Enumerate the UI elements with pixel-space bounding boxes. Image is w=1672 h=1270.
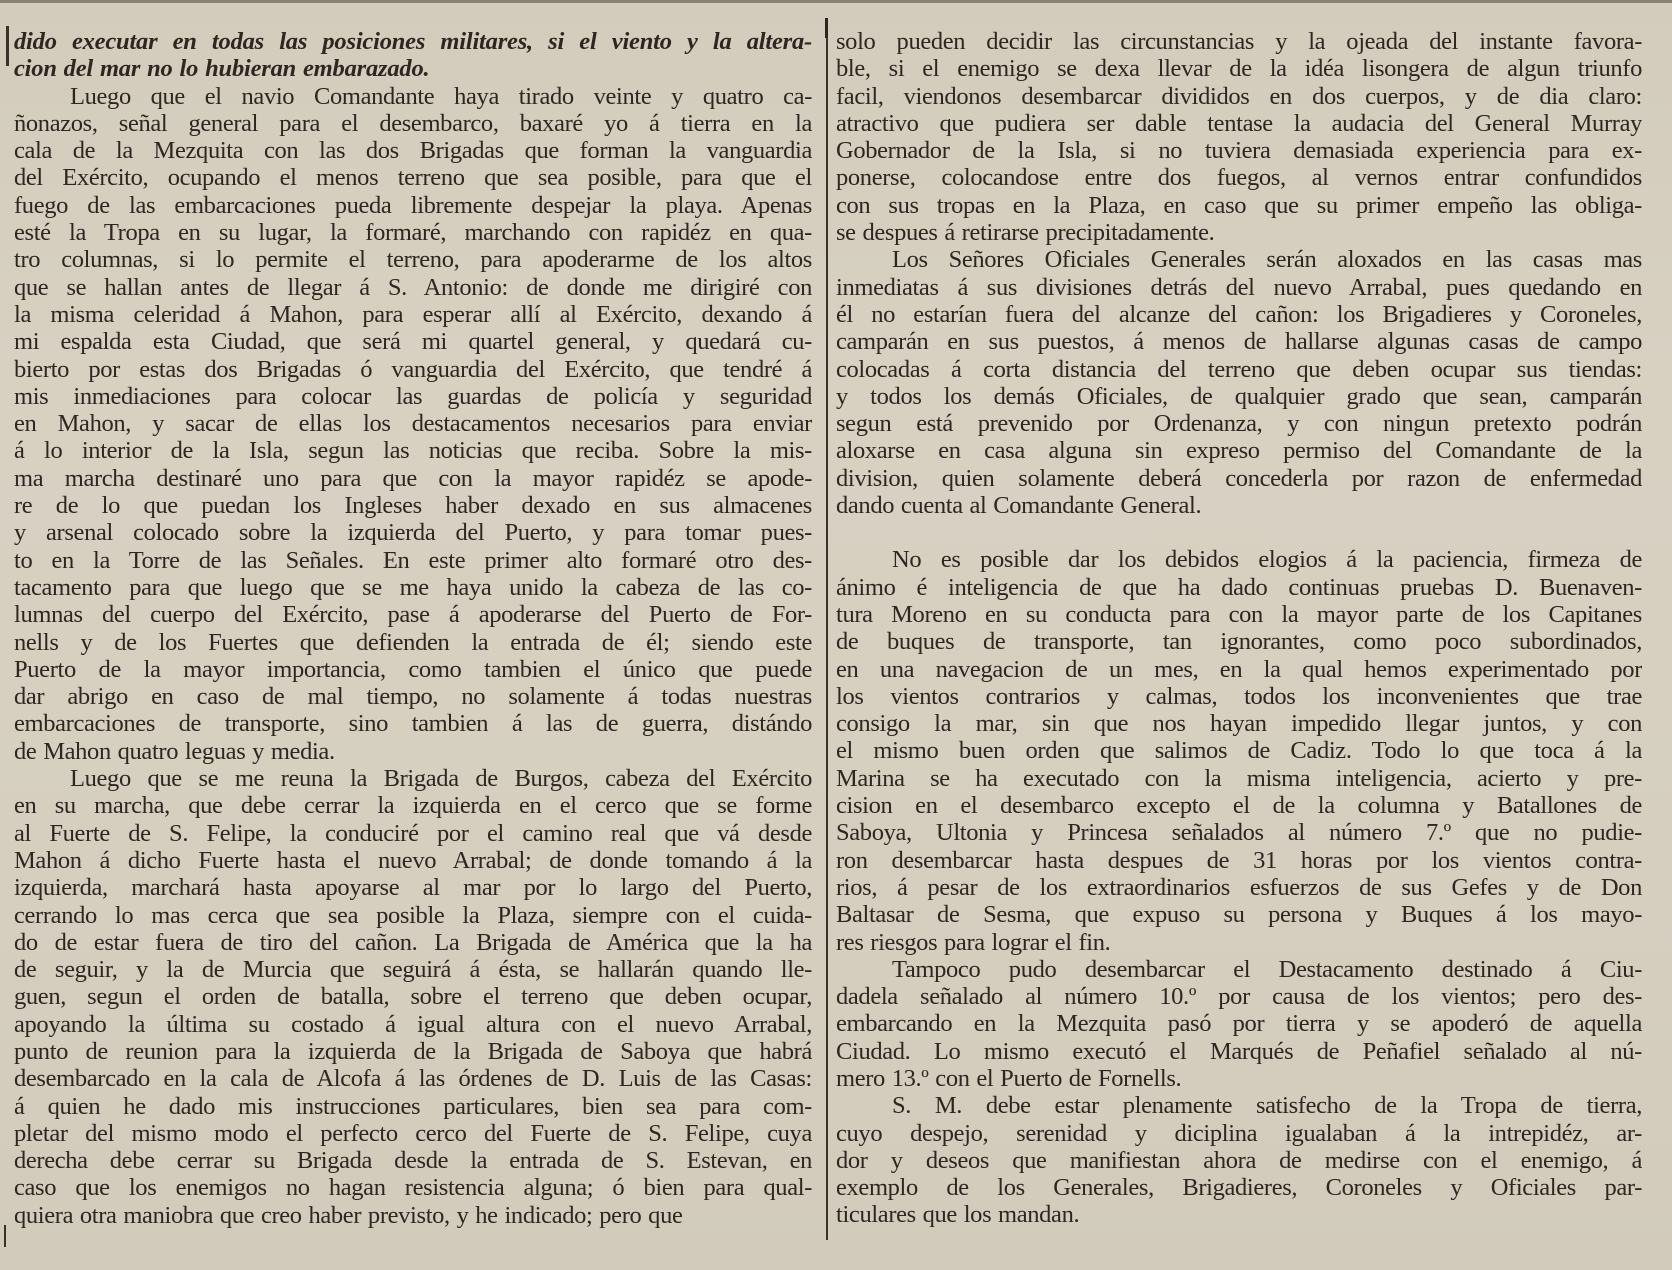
text-line: en Mahon, y sacar de ellas los destacame… bbox=[14, 410, 812, 437]
text-line: dor y deseos que manifiestan ahora de me… bbox=[836, 1147, 1642, 1174]
text-line: á lo interior de la Isla, segun las noti… bbox=[14, 437, 812, 464]
text-line: dido executar en todas las posiciones mi… bbox=[14, 28, 812, 55]
text-line: rios, á pesar de los extraordinarios esf… bbox=[836, 874, 1642, 901]
text-line: Baltasar de Sesma, que expuso su persona… bbox=[836, 901, 1642, 928]
text-line: Los Señores Oficiales Generales serán al… bbox=[836, 246, 1642, 273]
text-line: cision en el desembarco excepto el de la… bbox=[836, 792, 1642, 819]
text-line: camparán en sus puestos, á menos de hall… bbox=[836, 328, 1642, 355]
text-line: re de lo que puedan los Ingleses haber d… bbox=[14, 492, 812, 519]
text-line: bierto por estas dos Brigadas ó vanguard… bbox=[14, 356, 812, 383]
text-line: nells y de los Fuertes que defienden la … bbox=[14, 629, 812, 656]
text-line: No es posible dar los debidos elogios á … bbox=[836, 546, 1642, 573]
text-line: ma marcha destinaré uno para que con la … bbox=[14, 465, 812, 492]
text-line: Marina se ha executado con la misma inte… bbox=[836, 765, 1642, 792]
left-margin-rule bbox=[6, 26, 9, 66]
text-line: con sus tropas en la Plaza, en caso que … bbox=[836, 192, 1642, 219]
text-line: mi espalda esta Ciudad, que será mi quar… bbox=[14, 328, 812, 355]
text-line: aloxarse en casa alguna sin expreso perm… bbox=[836, 437, 1642, 464]
paragraph: No es posible dar los debidos elogios á … bbox=[836, 546, 1642, 955]
text-line: de Mahon quatro leguas y media. bbox=[14, 738, 812, 765]
paragraph: Luego que el navio Comandante haya tirad… bbox=[14, 83, 812, 765]
text-line: Saboya, Ultonia y Princesa señalados al … bbox=[836, 819, 1642, 846]
text-line: él no estarían fuera del alcanze del cañ… bbox=[836, 301, 1642, 328]
text-line: esté la Tropa en su lugar, la formaré, m… bbox=[14, 219, 812, 246]
text-line: lumnas del cuerpo del Exército, pase á a… bbox=[14, 601, 812, 628]
text-line: dando cuenta al Comandante General. bbox=[836, 492, 1642, 519]
text-line: exemplo de los Generales, Brigadieres, C… bbox=[836, 1174, 1642, 1201]
text-line: dadela señalado al número 10.º por causa… bbox=[836, 983, 1642, 1010]
text-line: Mahon á dicho Fuerte hasta el nuevo Arra… bbox=[14, 847, 812, 874]
text-line: tura Moreno en su conducta para con la m… bbox=[836, 601, 1642, 628]
text-line: fuego de las embarcaciones pueda libreme… bbox=[14, 192, 812, 219]
column-divider-rule-top bbox=[825, 18, 828, 38]
text-line: se despues á retirarse precipitadamente. bbox=[836, 219, 1642, 246]
text-line: el mismo buen orden que salimos de Cadiz… bbox=[836, 737, 1642, 764]
text-line: embarcaciones de transporte, sino tambie… bbox=[14, 710, 812, 737]
text-line: los vientos contrarios y calmas, todos l… bbox=[836, 683, 1642, 710]
text-line: en una navegacion de un mes, en la qual … bbox=[836, 656, 1642, 683]
text-line: al Fuerte de S. Felipe, la conduciré por… bbox=[14, 820, 812, 847]
paragraph: Luego que se me reuna la Brigada de Burg… bbox=[14, 765, 812, 1229]
text-line: izquierda, marchará hasta apoyarse al ma… bbox=[14, 874, 812, 901]
text-line: de seguir, y la de Murcia que seguirá á … bbox=[14, 956, 812, 983]
paragraph: S. M. debe estar plenamente satisfecho d… bbox=[836, 1092, 1642, 1228]
text-line: inmediatas á sus divisiones detrás del n… bbox=[836, 274, 1642, 301]
left-column: dido executar en todas las posiciones mi… bbox=[14, 28, 812, 1229]
text-line: ñonazos, señal general para el desembarc… bbox=[14, 110, 812, 137]
text-line: cerrando lo mas cerca que sea posible la… bbox=[14, 902, 812, 929]
scanned-page: dido executar en todas las posiciones mi… bbox=[0, 0, 1672, 1270]
text-line: cuyo despejo, serenidad y diciplina igua… bbox=[836, 1120, 1642, 1147]
text-line: mis inmediaciones para colocar las guard… bbox=[14, 383, 812, 410]
right-column: solo pueden decidir las circunstancias y… bbox=[836, 28, 1642, 1229]
text-line: ble, si el enemigo se dexa llevar de la … bbox=[836, 55, 1642, 82]
text-line: Gobernador de la Isla, si no tuviera dem… bbox=[836, 137, 1642, 164]
text-line: tacamento para que luego que se me haya … bbox=[14, 574, 812, 601]
text-line: dar abrigo en caso de mal tiempo, no sol… bbox=[14, 683, 812, 710]
text-line: á quien he dado mis instrucciones partic… bbox=[14, 1093, 812, 1120]
text-line: Ciudad. Lo mismo executó el Marqués de P… bbox=[836, 1038, 1642, 1065]
text-line: atractivo que pudiera ser dable tentase … bbox=[836, 110, 1642, 137]
text-line: embarcando en la Mezquita pasó por tierr… bbox=[836, 1010, 1642, 1037]
text-line: ánimo é inteligencia de que ha dado cont… bbox=[836, 574, 1642, 601]
text-line: solo pueden decidir las circunstancias y… bbox=[836, 28, 1642, 55]
text-line: tro columnas, si lo permite el terreno, … bbox=[14, 246, 812, 273]
text-line: ron desembarcar hasta despues de 31 hora… bbox=[836, 847, 1642, 874]
paragraph: dido executar en todas las posiciones mi… bbox=[14, 28, 812, 83]
text-line: apoyando la última su costado á igual al… bbox=[14, 1011, 812, 1038]
paragraph-gap bbox=[836, 519, 1642, 546]
text-line: y todos los demás Oficiales, de qualquie… bbox=[836, 383, 1642, 410]
text-line: derecha debe cerrar su Brigada desde la … bbox=[14, 1147, 812, 1174]
left-margin-rule-bottom bbox=[4, 1225, 6, 1247]
text-line: to en la Torre de las Señales. En este p… bbox=[14, 547, 812, 574]
text-line: ticulares que los mandan. bbox=[836, 1201, 1642, 1228]
text-line: quiera otra maniobra que creo haber prev… bbox=[14, 1202, 812, 1229]
page-top-edge bbox=[0, 0, 1672, 3]
text-line: segun está prevenido por Ordenanza, y co… bbox=[836, 410, 1642, 437]
text-line: punto de reunion para la izquierda de la… bbox=[14, 1038, 812, 1065]
text-line: de buques de transporte, tan ignorantes,… bbox=[836, 628, 1642, 655]
text-line: Luego que el navio Comandante haya tirad… bbox=[14, 83, 812, 110]
text-line: division, quien solamente deberá concede… bbox=[836, 465, 1642, 492]
text-line: la misma celeridad á Mahon, para esperar… bbox=[14, 301, 812, 328]
paragraph: solo pueden decidir las circunstancias y… bbox=[836, 28, 1642, 246]
text-line: del Exército, ocupando el menos terreno … bbox=[14, 164, 812, 191]
text-line: Puerto de la mayor importancia, como tam… bbox=[14, 656, 812, 683]
text-line: ponerse, colocandose entre dos fuegos, a… bbox=[836, 164, 1642, 191]
text-line: y arsenal colocado sobre la izquierda de… bbox=[14, 519, 812, 546]
text-line: caso que los enemigos no hagan resistenc… bbox=[14, 1174, 812, 1201]
text-line: en su marcha, que debe cerrar la izquier… bbox=[14, 792, 812, 819]
text-line: guen, segun el orden de batalla, sobre e… bbox=[14, 983, 812, 1010]
paragraph: Los Señores Oficiales Generales serán al… bbox=[836, 246, 1642, 519]
text-line: desembarcado en la cala de Alcofa á las … bbox=[14, 1065, 812, 1092]
column-divider-rule bbox=[826, 18, 828, 1240]
paragraph: Tampoco pudo desembarcar el Destacamento… bbox=[836, 956, 1642, 1092]
text-line: Tampoco pudo desembarcar el Destacamento… bbox=[836, 956, 1642, 983]
text-line: colocadas á corta distancia del terreno … bbox=[836, 356, 1642, 383]
text-line: res riesgos para lograr el fin. bbox=[836, 929, 1642, 956]
text-line: do de estar fuera de tiro del cañon. La … bbox=[14, 929, 812, 956]
text-line: cala de la Mezquita con las dos Brigadas… bbox=[14, 137, 812, 164]
text-line: que se hallan antes de llegar á S. Anton… bbox=[14, 274, 812, 301]
text-line: mero 13.º con el Puerto de Fornells. bbox=[836, 1065, 1642, 1092]
text-line: pletar del mismo modo el perfecto cerco … bbox=[14, 1120, 812, 1147]
text-line: consigo la mar, sin que nos hayan impedi… bbox=[836, 710, 1642, 737]
text-line: cion del mar no lo hubieran embarazado. bbox=[14, 55, 812, 82]
text-line: facil, viendonos desembarcar divididos e… bbox=[836, 83, 1642, 110]
text-line: Luego que se me reuna la Brigada de Burg… bbox=[14, 765, 812, 792]
text-line: S. M. debe estar plenamente satisfecho d… bbox=[836, 1092, 1642, 1119]
